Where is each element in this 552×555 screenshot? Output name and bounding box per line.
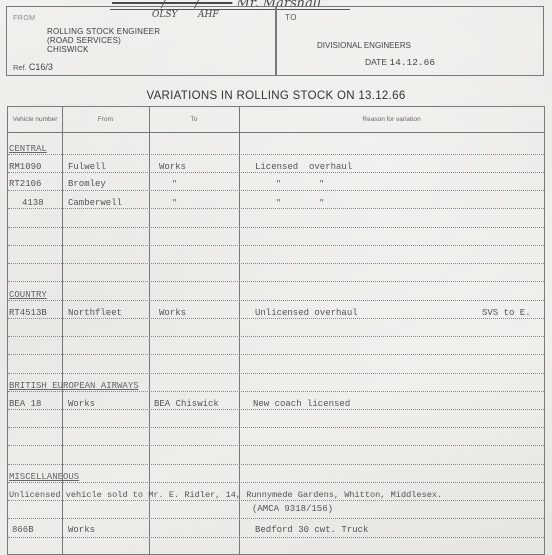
title-text: VARIATIONS IN ROLLING STOCK ON bbox=[146, 90, 354, 102]
to-location-ditto: " bbox=[172, 199, 177, 209]
rule-line bbox=[8, 500, 544, 501]
sender-line-2: (ROAD SERVICES) bbox=[47, 36, 160, 45]
vehicle-number: RT2106 bbox=[9, 179, 41, 189]
document-page: / / Mr. Marshall OLSY AHF FROM ROLLING S… bbox=[0, 0, 552, 555]
from-location: Northfleet bbox=[68, 308, 122, 318]
rule-line bbox=[8, 445, 544, 446]
column-header-to: To bbox=[149, 107, 239, 132]
section-heading-miscellaneous: MISCELLANEOUS bbox=[9, 472, 79, 482]
misc-note-line-1: Unlicensed vehicle sold to Mr. E. Ridler… bbox=[9, 490, 442, 500]
sender-address: ROLLING STOCK ENGINEER (ROAD SERVICES) C… bbox=[47, 27, 160, 54]
rule-line bbox=[8, 464, 544, 465]
rule-line bbox=[8, 336, 544, 337]
from-box: FROM ROLLING STOCK ENGINEER (ROAD SERVIC… bbox=[6, 6, 276, 76]
to-location: Works bbox=[159, 162, 186, 172]
to-location: BEA Chiswick bbox=[154, 399, 219, 409]
date-line: DATE 14.12.66 bbox=[365, 57, 435, 68]
reason-ditto: " " bbox=[276, 199, 324, 209]
rule-line bbox=[8, 354, 544, 355]
rule-line bbox=[8, 391, 544, 392]
reference: Ref. C16/3 bbox=[13, 62, 53, 72]
sender-line-3: CHISWICK bbox=[47, 45, 160, 54]
rule-line bbox=[8, 482, 544, 483]
reason-ditto: " " bbox=[276, 180, 324, 190]
from-location: Bromley bbox=[68, 179, 106, 189]
rule-line bbox=[8, 245, 544, 246]
vehicle-number: 866B bbox=[12, 525, 34, 535]
to-label: TO bbox=[285, 13, 297, 22]
column-header-vehicle: Vehicle number bbox=[8, 107, 62, 132]
column-header-reason: Reason for variation bbox=[239, 107, 544, 132]
vehicle-number: 4138 bbox=[22, 198, 44, 208]
ref-label: Ref. bbox=[13, 63, 27, 72]
rule-line bbox=[8, 427, 544, 428]
date-label: DATE bbox=[365, 57, 387, 67]
rule-line bbox=[8, 318, 544, 319]
from-location: Fulwell bbox=[68, 162, 106, 172]
vehicle-number: RM1090 bbox=[9, 162, 41, 172]
rule-line bbox=[8, 281, 544, 282]
rule-line bbox=[8, 154, 544, 155]
from-location: Camberwell bbox=[68, 198, 122, 208]
rule-line bbox=[8, 409, 544, 410]
column-divider bbox=[149, 107, 150, 554]
rule-line bbox=[8, 227, 544, 228]
rule-line bbox=[8, 172, 544, 173]
sender-line-1: ROLLING STOCK ENGINEER bbox=[47, 27, 160, 36]
date-value: 14.12.66 bbox=[389, 57, 435, 68]
column-divider bbox=[62, 107, 63, 554]
recipient: DIVISIONAL ENGINEERS bbox=[317, 41, 411, 50]
reason: New coach licensed bbox=[253, 399, 350, 409]
section-heading-bea: BRITISH EUROPEAN AIRWAYS bbox=[9, 381, 139, 391]
rule-line bbox=[8, 190, 544, 191]
column-divider bbox=[239, 107, 240, 554]
variations-table: Vehicle number From To Reason for variat… bbox=[7, 106, 545, 555]
misc-note-line-2: (AMCA 9318/156) bbox=[252, 504, 333, 514]
ref-value: C16/3 bbox=[29, 62, 53, 72]
column-header-from: From bbox=[62, 107, 149, 132]
from-label: FROM bbox=[13, 15, 36, 22]
title-date: 13.12.66 bbox=[358, 90, 405, 102]
rule-line bbox=[8, 263, 544, 264]
from-location: Works bbox=[68, 399, 95, 409]
rule-line bbox=[8, 537, 544, 538]
to-location: Works bbox=[159, 308, 186, 318]
to-location-ditto: " bbox=[172, 180, 177, 190]
rule-line bbox=[8, 300, 544, 301]
reason-note: SVS to E. bbox=[482, 308, 531, 318]
table-header: Vehicle number From To Reason for variat… bbox=[8, 107, 544, 133]
vehicle-number: RT4513B bbox=[9, 308, 47, 318]
to-box: TO DIVISIONAL ENGINEERS DATE 14.12.66 bbox=[276, 6, 544, 76]
from-location: Works bbox=[68, 525, 95, 535]
page-title: VARIATIONS IN ROLLING STOCK ON 13.12.66 bbox=[0, 90, 552, 102]
reason: Licensed overhaul bbox=[255, 162, 352, 172]
reason: Bedford 30 cwt. Truck bbox=[255, 525, 368, 535]
reason: Unlicensed overhaul bbox=[255, 308, 358, 318]
section-heading-country: COUNTRY bbox=[9, 290, 47, 300]
rule-line bbox=[8, 373, 544, 374]
vehicle-number: BEA 18 bbox=[9, 399, 41, 409]
rule-line bbox=[8, 518, 544, 519]
section-heading-central: CENTRAL bbox=[9, 144, 47, 154]
